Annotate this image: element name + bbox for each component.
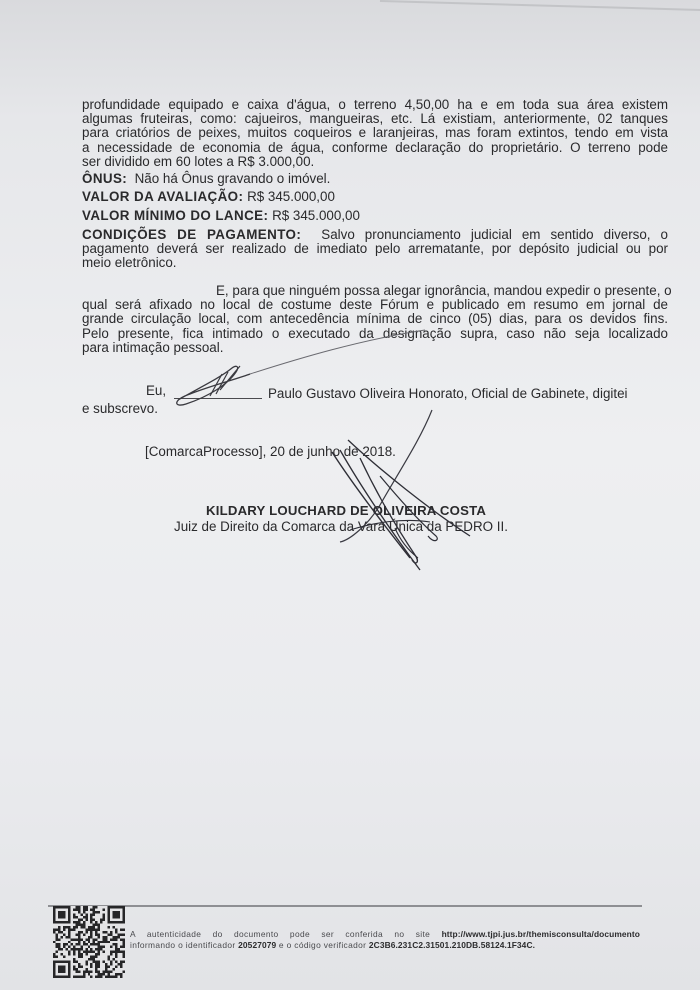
clerk-signature-icon bbox=[170, 360, 430, 410]
text-line: ser dividido em 60 lotes a R$ 3.000,00. bbox=[82, 155, 668, 169]
auth-text: informando o identificador bbox=[130, 940, 235, 950]
qr-code-icon bbox=[53, 906, 125, 978]
document-identifier: 20527079 bbox=[238, 940, 276, 950]
authenticity-notice: A autenticidade do documento pode ser co… bbox=[130, 929, 640, 950]
document-page: profundidade equipado e caixa d'água, o … bbox=[0, 0, 700, 990]
text-line: qual será afixado no local de costume de… bbox=[82, 298, 668, 312]
text-line: para intimação pessoal. bbox=[82, 341, 668, 355]
text-line: E, para que ninguém possa alegar ignorân… bbox=[82, 284, 668, 298]
payment-conditions-text: Salvo pronunciamento judicial em sentido… bbox=[321, 227, 668, 242]
judge-signature-icon bbox=[320, 410, 480, 580]
subscription-prefix: Eu, bbox=[146, 383, 166, 398]
auth-url-link[interactable]: http://www.tjpi.jus.br/themisconsulta/do… bbox=[442, 929, 640, 939]
onus-value: Não há Ônus gravando o imóvel. bbox=[135, 171, 331, 186]
subscription-suffix: e subscrevo. bbox=[82, 401, 158, 416]
minimum-bid-value: R$ 345.000,00 bbox=[272, 208, 360, 223]
text-line: algumas fruteiras, como: cajueiros, mang… bbox=[82, 112, 668, 126]
verification-code: 2C3B6.231C2.31501.210DB.58124.1F34C. bbox=[369, 940, 535, 950]
minimum-bid-label: VALOR MÍNIMO DO LANCE: bbox=[82, 208, 268, 223]
onus-label: ÔNUS: bbox=[82, 171, 127, 186]
closing-paragraph: E, para que ninguém possa alegar ignorân… bbox=[82, 284, 668, 355]
auth-text: e o código verificador bbox=[279, 940, 366, 950]
appraisal-value-field: VALOR DA AVALIAÇÃO: R$ 345.000,00 bbox=[82, 190, 668, 204]
payment-conditions: CONDIÇÕES DE PAGAMENTO: Salvo pronunciam… bbox=[82, 228, 668, 271]
text-line: pagamento deverá ser realizado de imedia… bbox=[82, 242, 668, 256]
text-line: meio eletrônico. bbox=[82, 256, 668, 270]
payment-conditions-label: CONDIÇÕES DE PAGAMENTO: bbox=[82, 227, 301, 242]
appraisal-value-label: VALOR DA AVALIAÇÃO: bbox=[82, 189, 243, 204]
minimum-bid-field: VALOR MÍNIMO DO LANCE: R$ 345.000,00 bbox=[82, 209, 668, 223]
appraisal-value: R$ 345.000,00 bbox=[247, 189, 335, 204]
text-line: para criatórios de peixes, muitos coquei… bbox=[82, 126, 668, 140]
property-description: profundidade equipado e caixa d'água, o … bbox=[82, 98, 668, 169]
text-line: a necessidade de economia de água, confo… bbox=[82, 141, 668, 155]
footer-divider bbox=[48, 905, 642, 907]
text-line: grande circulação local, com antecedênci… bbox=[82, 312, 668, 326]
auth-text: A autenticidade do documento pode ser co… bbox=[130, 929, 430, 939]
onus-field: ÔNUS: Não há Ônus gravando o imóvel. bbox=[82, 172, 668, 186]
text-line: Pelo presente, fica intimado o executado… bbox=[82, 327, 668, 341]
text-line: profundidade equipado e caixa d'água, o … bbox=[82, 98, 668, 112]
